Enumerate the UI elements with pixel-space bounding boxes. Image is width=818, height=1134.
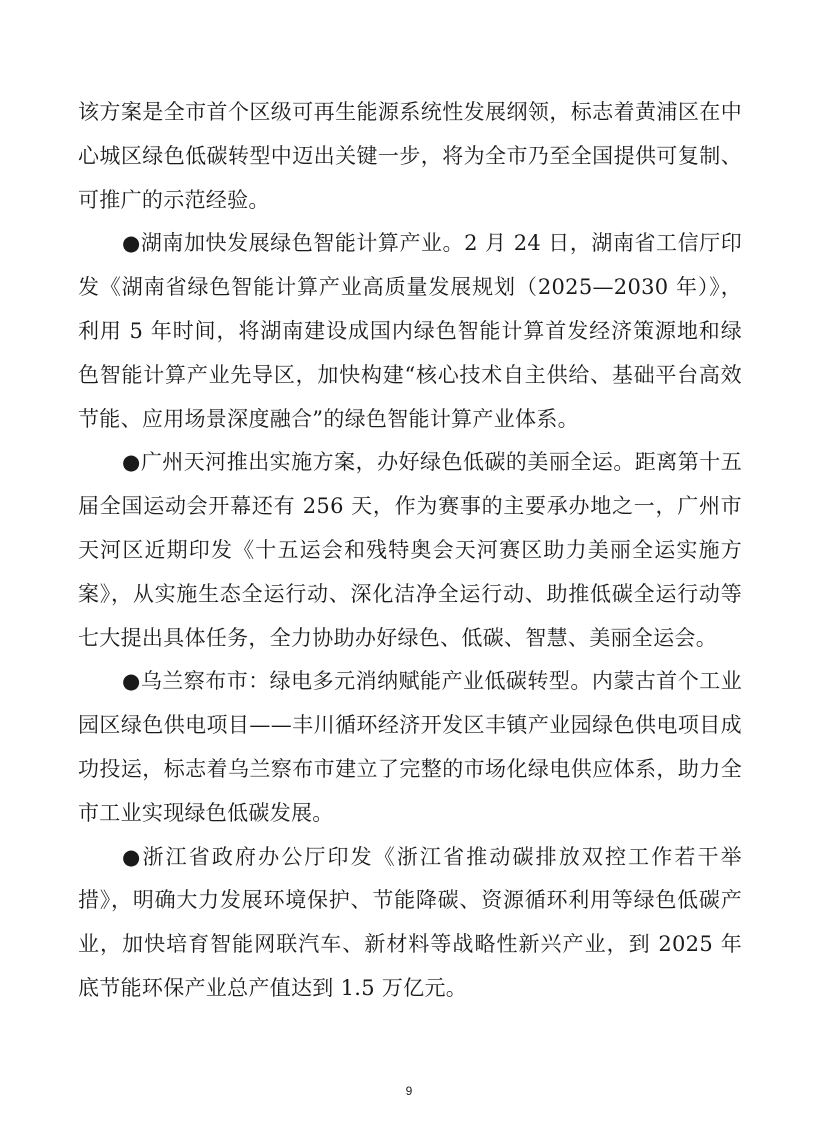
paragraph-ulanqab: ●乌兰察布市：绿电多元消纳赋能产业低碳转型。内蒙古首个工业园区绿色供电项目——丰…: [78, 660, 742, 835]
paragraph-text: 湖南加快发展绿色智能计算产业。2 月 24 日，湖南省工信厅印发《湖南省绿色智能…: [78, 231, 742, 430]
page-number: 9: [0, 1084, 818, 1098]
bullet-icon: ●: [122, 845, 142, 869]
paragraph-text: 乌兰察布市：绿电多元消纳赋能产业低碳转型。内蒙古首个工业园区绿色供电项目——丰川…: [78, 669, 742, 824]
paragraph-text: 广州天河推出实施方案，办好绿色低碳的美丽全运。距离第十五届全国运动会开幕还有 2…: [78, 450, 742, 649]
paragraph-continuation: 该方案是全市首个区级可再生能源系统性发展纲领，标志着黄浦区在中心城区绿色低碳转型…: [78, 91, 742, 222]
paragraph-zhejiang: ●浙江省政府办公厅印发《浙江省推动碳排放双控工作若干举措》，明确大力发展环境保护…: [78, 836, 742, 1011]
paragraph-hunan: ●湖南加快发展绿色智能计算产业。2 月 24 日，湖南省工信厅印发《湖南省绿色智…: [78, 222, 742, 441]
bullet-icon: ●: [122, 450, 141, 474]
document-page: 该方案是全市首个区级可再生能源系统性发展纲领，标志着黄浦区在中心城区绿色低碳转型…: [0, 0, 818, 1134]
bullet-icon: ●: [122, 669, 141, 693]
paragraph-text: 该方案是全市首个区级可再生能源系统性发展纲领，标志着黄浦区在中心城区绿色低碳转型…: [78, 100, 742, 212]
bullet-icon: ●: [122, 231, 141, 255]
paragraph-guangzhou-tianhe: ●广州天河推出实施方案，办好绿色低碳的美丽全运。距离第十五届全国运动会开幕还有 …: [78, 441, 742, 660]
paragraph-text: 浙江省政府办公厅印发《浙江省推动碳排放双控工作若干举措》，明确大力发展环境保护、…: [78, 845, 742, 1000]
document-body: 该方案是全市首个区级可再生能源系统性发展纲领，标志着黄浦区在中心城区绿色低碳转型…: [78, 91, 742, 1011]
